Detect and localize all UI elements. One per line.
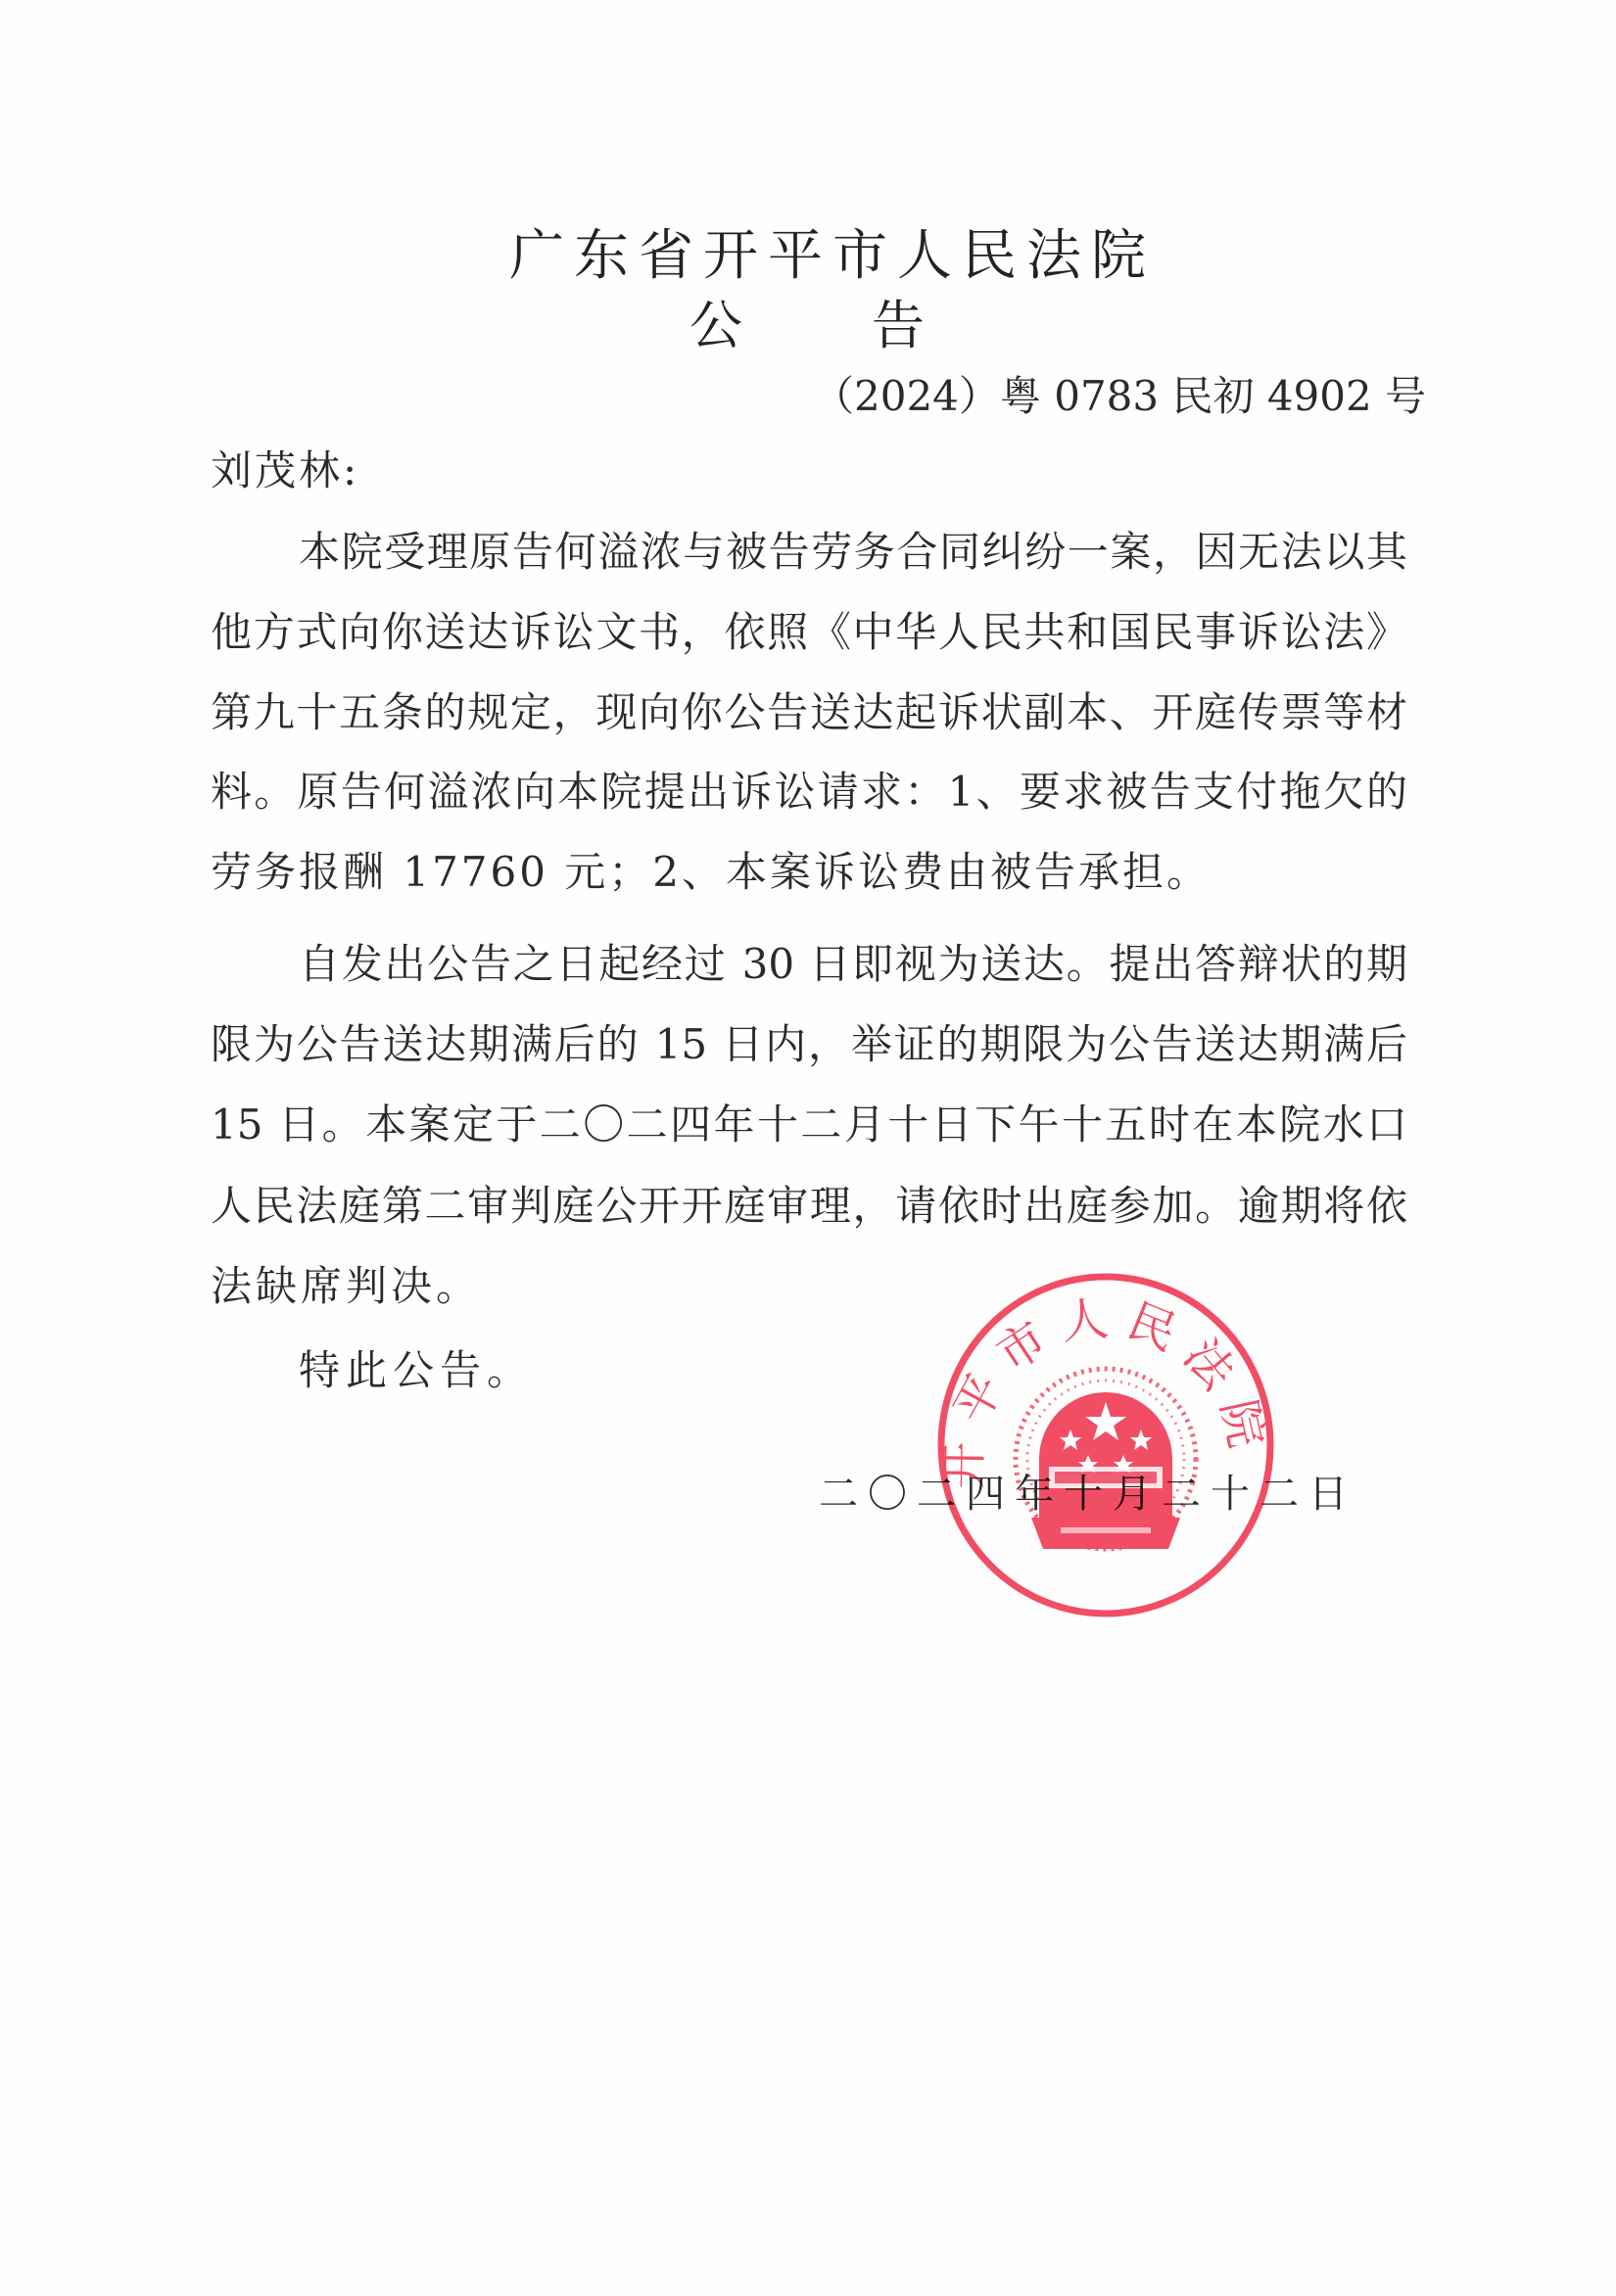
paragraph-1-line-4: 料。原告何溢浓向本院提出诉讼请求：1、要求被告支付拖欠的	[211, 767, 1407, 818]
paragraph-2-line-4: 人民法庭第二审判庭公开开庭审理，请依时出庭参加。逾期将依	[211, 1181, 1407, 1232]
paragraph-1-line-5: 劳务报酬 17760 元；2、本案诉讼费由被告承担。	[211, 847, 1407, 898]
notice-title-char-1: 公	[689, 292, 742, 360]
paragraph-1-line-2: 他方式向你送达诉讼文书，依照《中华人民共和国民事诉讼法》	[211, 607, 1407, 658]
paragraph-2-line-2: 限为公告送达期满后的 15 日内，举证的期限为公告送达期满后	[211, 1019, 1407, 1070]
court-name-title: 广东省开平市人民法院	[509, 221, 1117, 292]
addressee: 刘茂林:	[211, 445, 359, 496]
issue-date: 二〇二四年十月二十二日	[819, 1469, 1348, 1520]
paragraph-2-line-1: 自发出公告之日起经过 30 日即视为送达。提出答辩状的期	[299, 939, 1407, 990]
court-seal-icon: 开平市人民法院	[933, 1273, 1278, 1617]
paragraph-1-line-1: 本院受理原告何溢浓与被告劳务合同纠纷一案，因无法以其	[299, 527, 1407, 578]
case-number: （2024）粤 0783 民初 4902 号	[813, 367, 1371, 426]
notice-title-char-2: 告	[872, 292, 925, 360]
paragraph-2-line-3: 15 日。本案定于二〇二四年十二月十日下午十五时在本院水口	[211, 1100, 1407, 1150]
court-notice-page: 广东省开平市人民法院 公 告 （2024）粤 0783 民初 4902 号 刘茂…	[0, 0, 1616, 2296]
closing-statement: 特此公告。	[299, 1345, 534, 1396]
paragraph-1-line-3: 第九十五条的规定，现向你公告送达起诉状副本、开庭传票等材	[211, 687, 1407, 738]
